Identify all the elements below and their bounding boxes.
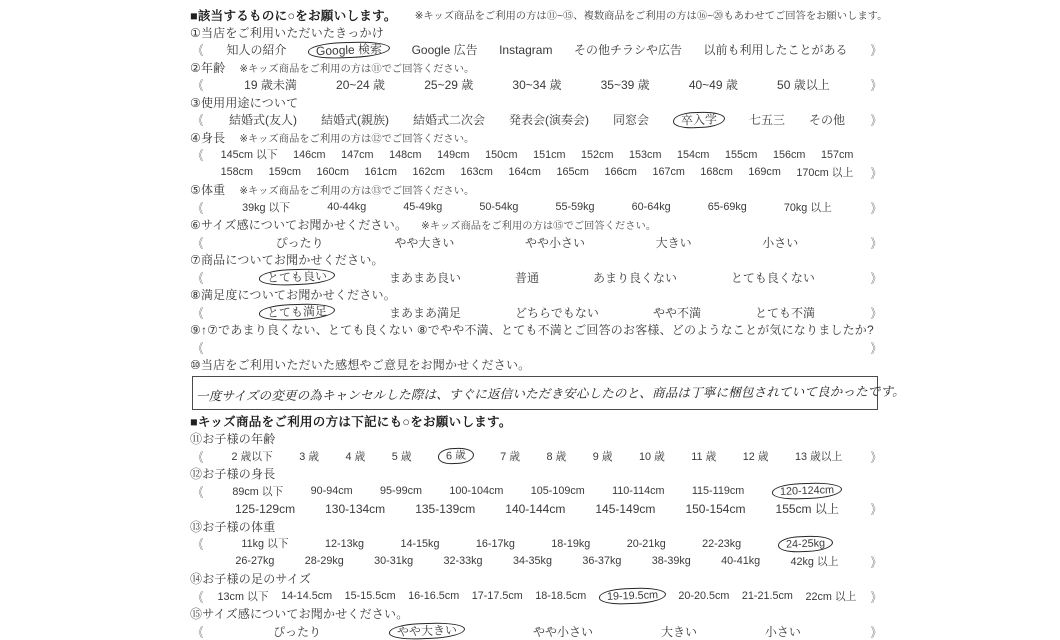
question-title-line: ⑧満足度についてお聞かせください。	[190, 286, 884, 304]
option-circled: とても満足	[259, 303, 336, 322]
option: 7 歳	[500, 449, 520, 464]
question-title: ⑮サイズ感についてお聞かせください。	[190, 605, 408, 622]
options-row: 《125-129cm130-134cm135-139cm140-144cm145…	[190, 500, 884, 518]
option: 165cm	[556, 166, 588, 178]
option: 普通	[515, 269, 539, 286]
bracket-close: 》	[871, 622, 880, 640]
option-circled: Google 検索	[308, 40, 391, 59]
option: Instagram	[499, 43, 552, 57]
question: ③使用用途について《結婚式(友人)結婚式(親族)結婚式二次会発表会(演奏会)同窓…	[190, 94, 884, 129]
option: 35~39 歳	[601, 76, 650, 93]
options-row: 《11kg 以下12-13kg14-15kg16-17kg18-19kg20-2…	[190, 535, 884, 553]
option: 70kg 以上	[784, 200, 832, 215]
option: 結婚式(親族)	[321, 111, 389, 128]
option: 40-41kg	[721, 555, 760, 567]
option: 20-21kg	[627, 538, 666, 550]
option: 3 歳	[299, 449, 319, 464]
option: 発表会(演奏会)	[509, 111, 589, 128]
question: ⑥サイズ感についてお聞かせください。※キッズ商品をご利用の方は⑮でご回答ください…	[190, 216, 884, 251]
option: 151cm	[533, 149, 565, 161]
option: 167cm	[652, 166, 684, 178]
bracket-close: 》	[871, 233, 880, 252]
bracket-open: 《	[194, 198, 203, 217]
options-row: 《19 歳未満20~24 歳25~29 歳30~34 歳35~39 歳40~49…	[190, 76, 884, 94]
option: 160cm	[317, 166, 349, 178]
bracket-open: 《	[194, 482, 203, 501]
options-row: 《とても良いまあまあ良い普通あまり良くないとても良くない》	[190, 269, 884, 287]
adult-questions: ①当店をご利用いただいたきっかけ《知人の紹介Google 検索Google 広告…	[190, 24, 884, 357]
options-row: 《89cm 以下90-94cm95-99cm100-104cm105-109cm…	[190, 483, 884, 501]
option: やや小さい	[525, 234, 585, 251]
comment-label-line: ⑩当店をご利用いただいた感想やご意見をお聞かせください。	[190, 356, 884, 374]
options-row: 《ぴったりやや大きいやや小さい大きい小さい》	[190, 623, 884, 640]
comment-label: ⑩当店をご利用いただいた感想やご意見をお聞かせください。	[190, 356, 530, 373]
option: まあまあ良い	[389, 269, 461, 286]
question: ①当店をご利用いただいたきっかけ《知人の紹介Google 検索Google 広告…	[190, 24, 884, 59]
option: 知人の紹介	[227, 41, 287, 58]
option: Google 広告	[412, 41, 478, 58]
option: 17-17.5cm	[472, 590, 523, 602]
question: ⑤体重※キッズ商品をご利用の方は⑬でご回答ください。《39kg 以下40-44k…	[190, 181, 884, 216]
option: 25~29 歳	[424, 76, 473, 93]
bracket-close: 》	[871, 268, 880, 287]
option: 146cm	[293, 149, 325, 161]
comment-box: 一度サイズの変更の為キャンセルした際は、すぐに返信いただき安心したのと、商品は丁…	[192, 376, 878, 410]
option: 22-23kg	[702, 538, 741, 550]
question: ⑧満足度についてお聞かせください。《とても満足まあまあ満足どちらでもないやや不満…	[190, 286, 884, 321]
bracket-close: 》	[871, 587, 880, 606]
question-title: ①当店をご利用いただいたきっかけ	[190, 24, 384, 41]
option: 163cm	[461, 166, 493, 178]
question-title: ③使用用途について	[190, 94, 298, 111]
bracket-open: 《	[194, 587, 203, 606]
option: 10 歳	[639, 449, 665, 464]
option: 65-69kg	[708, 201, 747, 213]
option: 28-29kg	[305, 555, 344, 567]
option: 8 歳	[547, 449, 567, 464]
option: 20~24 歳	[336, 76, 385, 93]
question-title-line: ⑪お子様の年齢	[190, 430, 884, 448]
option: 13 歳以上	[795, 449, 842, 464]
question-title-line: ⑭お子様の足のサイズ	[190, 570, 884, 588]
question-title-line: ③使用用途について	[190, 94, 884, 112]
question-title: ⑭お子様の足のサイズ	[190, 570, 311, 587]
bracket-open: 《	[194, 268, 203, 287]
option: 161cm	[365, 166, 397, 178]
option: 130-134cm	[325, 502, 385, 516]
question: ⑦商品についてお聞かせください。《とても良いまあまあ良い普通あまり良くないとても…	[190, 251, 884, 286]
question-title-line: ⑮サイズ感についてお聞かせください。	[190, 605, 884, 623]
questionnaire-scan: { "page": { "section1_heading": "■該当するもの…	[0, 0, 1060, 640]
question-title-line: ⑦商品についてお聞かせください。	[190, 251, 884, 269]
option: どちらでもない	[515, 304, 599, 321]
option: 40~49 歳	[689, 76, 738, 93]
question-title: ⑫お子様の身長	[190, 465, 275, 482]
option: 19 歳未満	[244, 76, 297, 93]
options-row: 《158cm159cm160cm161cm162cm163cm164cm165c…	[190, 164, 884, 182]
option: 38-39kg	[652, 555, 691, 567]
option: 9 歳	[593, 449, 613, 464]
option: 小さい	[762, 234, 798, 251]
question: ⑨↑⑦であまり良くない、とても良くない ⑧でやや不満、とても不満とご回答のお客様…	[190, 321, 884, 356]
bracket-open: 《	[194, 534, 203, 553]
section1-heading-note: ※キッズ商品をご利用の方は⑪~⑮、複数商品をご利用の方は⑯~⑳もあわせてご回答を…	[415, 7, 888, 22]
question-note: ※キッズ商品をご利用の方は⑮でご回答ください。	[421, 217, 656, 232]
option: 36-37kg	[582, 555, 621, 567]
option: 11kg 以下	[241, 536, 288, 551]
option: 32-33kg	[444, 555, 483, 567]
option: 164cm	[508, 166, 540, 178]
question-title-line: ①当店をご利用いただいたきっかけ	[190, 24, 884, 42]
option: 50 歳以上	[777, 76, 830, 93]
option: 5 歳	[392, 449, 412, 464]
option: ぴったり	[273, 623, 321, 640]
bracket-close: 》	[871, 552, 880, 571]
option: 小さい	[765, 623, 801, 640]
option: 140-144cm	[505, 502, 565, 516]
option-circled: 6 歳	[438, 448, 474, 465]
option: 110-114cm	[612, 485, 664, 497]
question: ②年齢※キッズ商品をご利用の方は⑪でご回答ください。《19 歳未満20~24 歳…	[190, 59, 884, 94]
option: 170cm 以上	[796, 165, 853, 180]
option: 156cm	[773, 149, 805, 161]
bracket-open: 《	[194, 233, 203, 252]
option: 145-149cm	[595, 502, 655, 516]
option: 30-31kg	[374, 555, 413, 567]
option: 大きい	[661, 623, 697, 640]
bracket-open: 《	[194, 622, 203, 640]
option: まあまあ満足	[389, 304, 461, 321]
option: その他チラシや広告	[574, 41, 682, 58]
bracket-close: 》	[871, 447, 880, 466]
option: 168cm	[700, 166, 732, 178]
bracket-open: 《	[194, 75, 203, 94]
option: 20-20.5cm	[678, 590, 729, 602]
option: 18-19kg	[551, 538, 590, 550]
option: 115-119cm	[692, 485, 744, 497]
question: ⑪お子様の年齢《2 歳以下3 歳4 歳5 歳6 歳7 歳8 歳9 歳10 歳11…	[190, 430, 884, 465]
option: 147cm	[341, 149, 373, 161]
option-circled: 19-19.5cm	[599, 587, 667, 605]
question: ④身長※キッズ商品をご利用の方は⑫でご回答ください。《145cm 以下146cm…	[190, 129, 884, 182]
question-title: ⑥サイズ感についてお聞かせください。	[190, 216, 407, 233]
option: 15-15.5cm	[345, 590, 396, 602]
bracket-open: 《	[194, 110, 203, 129]
bracket-close: 》	[871, 110, 880, 129]
bracket-close: 》	[871, 198, 880, 217]
section1-heading-line: ■該当するものに○をお願いします。 ※キッズ商品をご利用の方は⑪~⑮、複数商品を…	[190, 6, 884, 24]
option: 30~34 歳	[512, 76, 561, 93]
question-title: ⑦商品についてお聞かせください。	[190, 251, 384, 268]
bracket-open: 《	[194, 447, 203, 466]
option: 14-15kg	[400, 538, 439, 550]
bracket-close: 》	[871, 40, 880, 59]
option: 158cm	[221, 166, 253, 178]
question-title: ④身長	[190, 129, 225, 146]
section1-heading: ■該当するものに○をお願いします。	[190, 6, 397, 24]
option: 162cm	[413, 166, 445, 178]
question-note: ※キッズ商品をご利用の方は⑪でご回答ください。	[239, 60, 474, 75]
option: 42kg 以上	[791, 554, 839, 569]
options-row: 《26-27kg28-29kg30-31kg32-33kg34-35kg36-3…	[190, 553, 884, 571]
option: 50-54kg	[479, 201, 518, 213]
option: あまり良くない	[593, 269, 677, 286]
question: ⑭お子様の足のサイズ《13cm 以下14-14.5cm15-15.5cm16-1…	[190, 570, 884, 605]
question-title: ②年齢	[190, 59, 225, 76]
question: ⑮サイズ感についてお聞かせください。《ぴったりやや大きいやや小さい大きい小さい》	[190, 605, 884, 640]
question-title-line: ④身長※キッズ商品をご利用の方は⑫でご回答ください。	[190, 129, 884, 147]
option: 155cm	[725, 149, 757, 161]
kids-questions: ⑪お子様の年齢《2 歳以下3 歳4 歳5 歳6 歳7 歳8 歳9 歳10 歳11…	[190, 430, 884, 640]
option-circled: 120-124cm	[771, 482, 842, 500]
option: 135-139cm	[415, 502, 475, 516]
options-row: 《知人の紹介Google 検索Google 広告Instagramその他チラシや…	[190, 41, 884, 59]
option-circled: やや大きい	[389, 622, 466, 640]
option: 11 歳	[691, 449, 716, 464]
option: 152cm	[581, 149, 613, 161]
option: 26-27kg	[235, 555, 274, 567]
option: 12-13kg	[325, 538, 364, 550]
option: 2 歳以下	[231, 449, 272, 464]
bracket-close: 》	[871, 338, 880, 357]
question-note: ※キッズ商品をご利用の方は⑫でご回答ください。	[239, 130, 474, 145]
option: 結婚式(友人)	[229, 111, 297, 128]
option: 大きい	[656, 234, 692, 251]
option: 159cm	[269, 166, 301, 178]
question: ⑫お子様の身長《89cm 以下90-94cm95-99cm100-104cm10…	[190, 465, 884, 518]
question-title-line: ⑨↑⑦であまり良くない、とても良くない ⑧でやや不満、とても不満とご回答のお客様…	[190, 321, 884, 339]
bracket-open: 《	[194, 303, 203, 322]
survey-sheet: ■該当するものに○をお願いします。 ※キッズ商品をご利用の方は⑪~⑮、複数商品を…	[190, 6, 884, 640]
handwritten-comment: 一度サイズの変更の為キャンセルした際は、すぐに返信いただき安心したのと、商品は丁…	[193, 381, 905, 405]
option: 18-18.5cm	[535, 590, 586, 602]
options-row: 《2 歳以下3 歳4 歳5 歳6 歳7 歳8 歳9 歳10 歳11 歳12 歳1…	[190, 448, 884, 466]
option: やや小さい	[533, 623, 593, 640]
option: 95-99cm	[380, 485, 422, 497]
question-title-line: ⑥サイズ感についてお聞かせください。※キッズ商品をご利用の方は⑮でご回答ください…	[190, 216, 884, 234]
question: ⑬お子様の体重《11kg 以下12-13kg14-15kg16-17kg18-1…	[190, 518, 884, 571]
option: 154cm	[677, 149, 709, 161]
bracket-close: 》	[871, 303, 880, 322]
option: 150-154cm	[685, 502, 745, 516]
option: 155cm 以上	[776, 500, 839, 517]
option: 16-17kg	[476, 538, 515, 550]
question-title: ⑧満足度についてお聞かせください。	[190, 286, 396, 303]
option: 14-14.5cm	[281, 590, 332, 602]
question-title: ⑪お子様の年齢	[190, 430, 275, 447]
question-note: ※キッズ商品をご利用の方は⑬でご回答ください。	[239, 182, 474, 197]
option: 12 歳	[743, 449, 769, 464]
option: 34-35kg	[513, 555, 552, 567]
option: 七五三	[749, 111, 785, 128]
options-row: 《13cm 以下14-14.5cm15-15.5cm16-16.5cm17-17…	[190, 588, 884, 606]
option: 45-49kg	[403, 201, 442, 213]
option: ぴったり	[276, 234, 324, 251]
option: 166cm	[604, 166, 636, 178]
option: 125-129cm	[235, 502, 295, 516]
question-title-line: ②年齢※キッズ商品をご利用の方は⑪でご回答ください。	[190, 59, 884, 77]
option-circled: とても良い	[259, 268, 336, 287]
option: 同窓会	[613, 111, 649, 128]
section2-heading: ■キッズ商品をご利用の方は下記にも○をお願いします。	[190, 412, 512, 430]
options-row: 《39kg 以下40-44kg45-49kg50-54kg55-59kg60-6…	[190, 199, 884, 217]
option: 39kg 以下	[242, 200, 290, 215]
option: 105-109cm	[531, 485, 585, 497]
option: 169cm	[748, 166, 780, 178]
options-row: 《ぴったりやや大きいやや小さい大きい小さい》	[190, 234, 884, 252]
option: 100-104cm	[449, 485, 503, 497]
bracket-close: 》	[871, 163, 880, 182]
option: やや大きい	[394, 234, 454, 251]
bracket-open: 《	[194, 338, 203, 357]
options-row: 《結婚式(友人)結婚式(親族)結婚式二次会発表会(演奏会)同窓会卒入学七五三その…	[190, 111, 884, 129]
option: 4 歳	[346, 449, 366, 464]
option: 40-44kg	[327, 201, 366, 213]
option: 22cm 以上	[805, 589, 856, 604]
question-title: ⑬お子様の体重	[190, 518, 275, 535]
option: その他	[809, 111, 845, 128]
option: 13cm 以下	[218, 589, 269, 604]
question-title-line: ⑤体重※キッズ商品をご利用の方は⑬でご回答ください。	[190, 181, 884, 199]
option: 結婚式二次会	[413, 111, 485, 128]
option-circled: 卒入学	[673, 111, 726, 129]
question-title: ⑨↑⑦であまり良くない、とても良くない ⑧でやや不満、とても不満とご回答のお客様…	[190, 321, 874, 338]
question-title-line: ⑫お子様の身長	[190, 465, 884, 483]
option: 150cm	[485, 149, 517, 161]
option: 21-21.5cm	[742, 590, 793, 602]
option: 149cm	[437, 149, 469, 161]
option: 55-59kg	[556, 201, 595, 213]
option: 60-64kg	[632, 201, 671, 213]
option: 157cm	[821, 149, 853, 161]
option-circled: 24-25kg	[777, 535, 833, 553]
option: 90-94cm	[311, 485, 353, 497]
options-row: 《とても満足まあまあ満足どちらでもないやや不満とても不満》	[190, 304, 884, 322]
option: 16-16.5cm	[408, 590, 459, 602]
option: 以前も利用したことがある	[703, 41, 847, 58]
option: 89cm 以下	[232, 484, 283, 499]
option: 148cm	[389, 149, 421, 161]
bracket-open: 《	[194, 145, 203, 164]
option: とても不満	[755, 304, 815, 321]
option: 145cm 以下	[221, 147, 278, 162]
bracket-close: 》	[871, 499, 880, 518]
options-row: 《145cm 以下146cm147cm148cm149cm150cm151cm1…	[190, 146, 884, 164]
bracket-close: 》	[871, 75, 880, 94]
option: 153cm	[629, 149, 661, 161]
question-title: ⑤体重	[190, 181, 225, 198]
options-row: 《》	[190, 339, 884, 357]
option: とても良くない	[731, 269, 815, 286]
bracket-open: 《	[194, 40, 203, 59]
option: やや不満	[653, 304, 701, 321]
question-title-line: ⑬お子様の体重	[190, 518, 884, 536]
section2-heading-line: ■キッズ商品をご利用の方は下記にも○をお願いします。	[190, 413, 884, 431]
